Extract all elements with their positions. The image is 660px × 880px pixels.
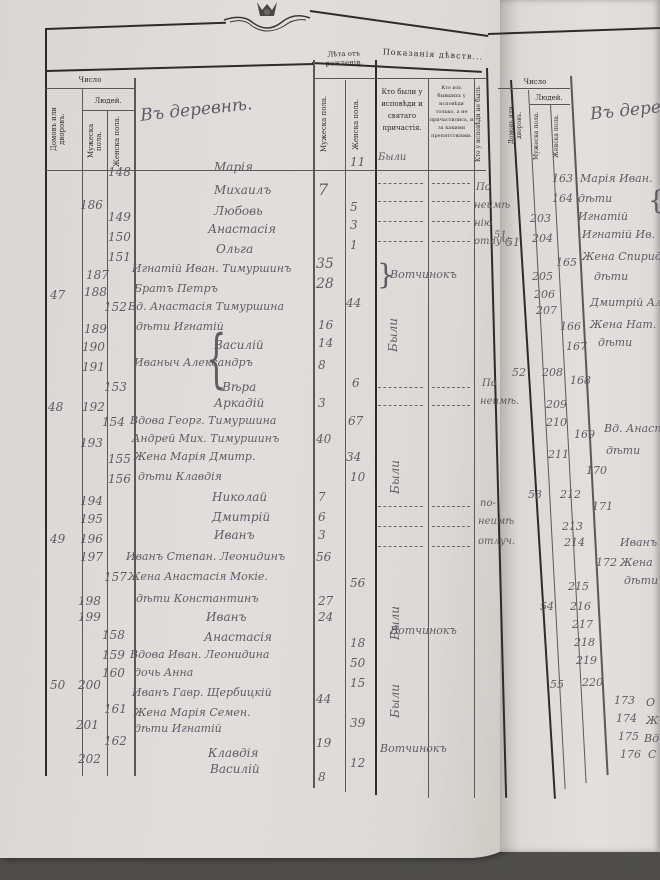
person-name: дѣти Константинъ (136, 592, 259, 605)
male-number: 189 (84, 322, 107, 336)
right-female-number: 169 (574, 428, 595, 441)
col-line-8 (474, 78, 475, 798)
age-subrule (313, 78, 486, 79)
header-confessed: Кто были у исповѣди и святаго причастія. (377, 86, 427, 134)
person-name: Василій (210, 762, 260, 776)
person-name: Иваныч Александръ (134, 356, 253, 369)
right-person-name: Вд. Анаст. (604, 422, 660, 435)
right-male-number: 208 (542, 366, 563, 379)
right-person-name: дѣти (598, 336, 632, 349)
age-female: 18 (350, 636, 365, 650)
person-name: Анастасія (204, 630, 272, 644)
male-number: 202 (78, 752, 101, 766)
person-name: Анастасія (208, 222, 276, 236)
person-name: Иванъ (214, 528, 255, 542)
right-male-number: 204 (532, 232, 553, 245)
male-number: 197 (80, 550, 103, 564)
right-male-number: 210 (546, 416, 567, 429)
female-number: 152 (104, 300, 127, 314)
age-male: 19 (316, 736, 331, 750)
person-name: дѣти Игнатій (134, 722, 222, 735)
right-male-number: 214 (564, 536, 585, 549)
age-male: 28 (316, 276, 334, 292)
male-number: 192 (82, 400, 105, 414)
age-male: 24 (318, 610, 333, 624)
person-name: Вдова Георг. Тимуршина (130, 414, 276, 427)
right-person-name: О (646, 696, 655, 709)
col-line-4 (313, 60, 315, 788)
confession-note: Были (378, 152, 406, 163)
age-female: 5 (350, 200, 358, 214)
header-absent: Кто у исповѣди не былъ (475, 84, 486, 164)
right-male-number: 205 (532, 270, 553, 283)
person-name: Клавдія (208, 746, 258, 760)
person-name: Аркадій (214, 396, 264, 410)
confession-note: Вотчинокъ (390, 268, 457, 281)
age-male: 7 (318, 180, 328, 199)
age-male: 16 (318, 318, 333, 332)
age-male: 35 (316, 256, 334, 272)
age-male: 3 (318, 528, 326, 542)
female-number: 148 (108, 165, 131, 179)
right-male-number: 207 (536, 304, 557, 317)
age-female: 15 (350, 676, 365, 690)
right-male-number: 206 (534, 288, 555, 301)
right-person-name: Игнатій Ив. (582, 228, 655, 241)
person-name: Вд. Анастасія Тимуршина (128, 300, 284, 313)
person-name: Жена Анастасія Мокіе. (128, 570, 268, 583)
right-house-number: 54 (540, 600, 554, 613)
header-female: Женска пола. (113, 114, 129, 168)
right-header-people: Людей. (530, 94, 568, 103)
male-number: 195 (80, 512, 103, 526)
margin-note: неимѣ (478, 516, 514, 527)
right-male-number: 213 (562, 520, 583, 533)
right-header-male: Мужеска пола. (533, 110, 547, 162)
confession-note-vertical: Были (388, 460, 402, 494)
age-male: 7 (318, 490, 326, 504)
house-number: 49 (50, 532, 65, 546)
header-not-communed: Кто изъ бывшихъ у исповѣди только, а не … (429, 84, 474, 140)
age-male: 27 (318, 594, 333, 608)
right-female-number: 176 (620, 748, 641, 761)
person-name: Жена Марія Семен. (134, 706, 251, 719)
female-number: 151 (108, 250, 131, 264)
age-male: 8 (318, 770, 326, 784)
age-female: 56 (350, 576, 365, 590)
right-person-name: Вд. (644, 732, 660, 745)
person-name: Жена Марія Дмитр. (134, 450, 255, 463)
right-female-number: 166 (560, 320, 581, 333)
age-male: 8 (318, 358, 326, 372)
right-count-subrule (498, 88, 570, 89)
female-number: 157 (104, 570, 127, 584)
person-name: дѣти Клавдія (138, 470, 222, 483)
right-person-name: дѣти (578, 192, 612, 205)
right-female-number: 173 (614, 694, 635, 707)
female-number: 161 (104, 702, 127, 716)
confession-note: Вотчинокъ (390, 624, 457, 637)
right-person-name: Жена Спиридо. (582, 250, 660, 263)
person-name: Дмитрій (212, 510, 270, 524)
age-male: 56 (316, 550, 331, 564)
margin-note: неимѣ. (480, 396, 519, 407)
age-male: 40 (316, 432, 331, 446)
age-female: 44 (346, 296, 361, 310)
confession-note-vertical: Были (386, 318, 400, 352)
person-name: Марія (214, 160, 253, 174)
person-name: Михаилъ (214, 183, 271, 197)
brace-icon: { (648, 186, 660, 216)
male-number: 193 (80, 436, 103, 450)
age-female: 34 (346, 450, 361, 464)
house-number: 47 (50, 288, 65, 302)
right-person-name: С (648, 748, 656, 761)
person-name: Николай (212, 490, 267, 504)
col-line-6 (375, 60, 377, 795)
header-male: Мужеска пола. (87, 114, 103, 168)
person-name: дочь Анна (134, 666, 193, 679)
right-female-number: 163 (552, 172, 573, 185)
male-number: 186 (80, 198, 103, 212)
age-female: 50 (350, 656, 365, 670)
right-male-number: 203 (530, 212, 551, 225)
right-male-number: 215 (568, 580, 589, 593)
right-female-number: 170 (586, 464, 607, 477)
right-female-number: 175 (618, 730, 639, 743)
right-person-name: Дмитрій Ал. (590, 296, 660, 309)
person-name: Ольга (216, 242, 253, 256)
age-female: 1 (350, 238, 358, 252)
person-name: Игнатій Иван. Тимуршинъ (132, 262, 291, 275)
margin-note: отлуч. (478, 536, 515, 547)
male-number: 199 (78, 610, 101, 624)
confession-note-vertical: Были (388, 684, 402, 718)
person-name: Братъ Петръ (134, 282, 218, 295)
age-female: 11 (350, 155, 365, 169)
right-house-number: 55 (550, 678, 564, 691)
right-person-name: Жена (620, 556, 653, 569)
male-number: 191 (82, 360, 105, 374)
right-person-name: дѣти (624, 574, 658, 587)
header-count: Число (60, 76, 120, 85)
margin-note: По (482, 378, 497, 389)
female-number: 149 (108, 210, 131, 224)
person-name: Андрей Мих. Тимуршинъ (132, 432, 279, 445)
right-person-name: Иванъ (620, 536, 657, 549)
age-female: 12 (350, 756, 365, 770)
male-number: 194 (80, 494, 103, 508)
right-person-name: Жена Нат. (590, 318, 656, 331)
right-female-number: 172 (596, 556, 617, 569)
right-female-number: 168 (570, 374, 591, 387)
right-male-number: 218 (574, 636, 595, 649)
male-number: 201 (76, 718, 99, 732)
age-female: 39 (350, 716, 365, 730)
house-number: 50 (50, 678, 65, 692)
header-households: Домовъ или дворовъ. (50, 92, 78, 166)
right-female-number: 164 (552, 192, 573, 205)
right-header-female: Женска пола. (553, 110, 567, 162)
col-line-7 (428, 78, 429, 798)
margin-note: По (476, 182, 491, 193)
right-male-number: 211 (548, 448, 569, 461)
person-name: Любовь (214, 204, 263, 218)
person-name: Иванъ (206, 610, 247, 624)
age-female: 10 (350, 470, 365, 484)
confession-note: Вотчинокъ (380, 742, 447, 755)
right-person-name: дѣти (594, 270, 628, 283)
right-header-households: Домовъ или дворовъ. (508, 92, 526, 158)
right-house-number: 52 (512, 366, 526, 379)
right-header-count: Число (510, 78, 560, 87)
female-number: 160 (102, 666, 125, 680)
male-number: 196 (80, 532, 103, 546)
female-number: 155 (108, 452, 131, 466)
house-number: 48 (48, 400, 63, 414)
person-name: Иванъ Гавр. Щербицкій (132, 686, 272, 699)
male-number: 198 (78, 594, 101, 608)
right-female-number: 165 (556, 256, 577, 269)
person-name: Вѣра (222, 380, 256, 394)
right-male-number: 220 (582, 676, 603, 689)
age-male: 3 (318, 396, 326, 410)
female-number: 154 (102, 415, 125, 429)
count-subrule (46, 88, 134, 89)
age-female: 6 (352, 376, 360, 390)
header-people: Людей. (88, 97, 128, 106)
right-male-number: 212 (560, 488, 581, 501)
double-headed-eagle-emblem-icon (222, 0, 312, 32)
male-number: 188 (84, 285, 107, 299)
margin-note: неимѣ (474, 200, 510, 211)
male-number: 187 (86, 268, 109, 282)
right-person-name: Игнатій (578, 210, 628, 223)
female-number: 158 (102, 628, 125, 642)
male-number: 200 (78, 678, 101, 692)
header-age: Лѣта отъ рожденія. (314, 49, 375, 69)
age-male: 14 (318, 336, 333, 350)
male-number: 190 (82, 340, 105, 354)
right-female-number: 167 (566, 340, 587, 353)
right-female-number: 174 (616, 712, 637, 725)
col-line-1 (82, 88, 83, 776)
right-person-name: дѣти (606, 444, 640, 457)
left-frame-left (45, 28, 47, 776)
right-male-number: 219 (576, 654, 597, 667)
right-male-number: 217 (572, 618, 593, 631)
age-female: 67 (348, 414, 363, 428)
right-male-number: 216 (570, 600, 591, 613)
right-female-number: 171 (592, 500, 613, 513)
header-age-male: Мужеска пола. (320, 84, 338, 164)
female-number: 150 (108, 230, 131, 244)
person-name: Вдова Иван. Леонидина (130, 648, 269, 661)
right-person-name: Ж (646, 714, 658, 727)
col-line-5 (345, 80, 346, 792)
female-number: 153 (104, 380, 127, 394)
margin-note: нію (474, 218, 493, 229)
right-person-name: Марія Иван. (580, 172, 652, 185)
age-male: 44 (316, 692, 331, 706)
age-male: 6 (318, 510, 326, 524)
right-house-number: 51 (506, 236, 520, 249)
header-age-female: Женска пола. (352, 84, 370, 164)
person-name: Иванъ Степан. Леонидинъ (126, 550, 285, 563)
female-number: 162 (104, 734, 127, 748)
female-number: 159 (102, 648, 125, 662)
margin-note: по- (480, 498, 496, 509)
right-male-number: 209 (546, 398, 567, 411)
right-house-number: 53 (528, 488, 542, 501)
age-female: 3 (350, 218, 358, 232)
female-number: 156 (108, 472, 131, 486)
people-subrule (82, 110, 134, 111)
